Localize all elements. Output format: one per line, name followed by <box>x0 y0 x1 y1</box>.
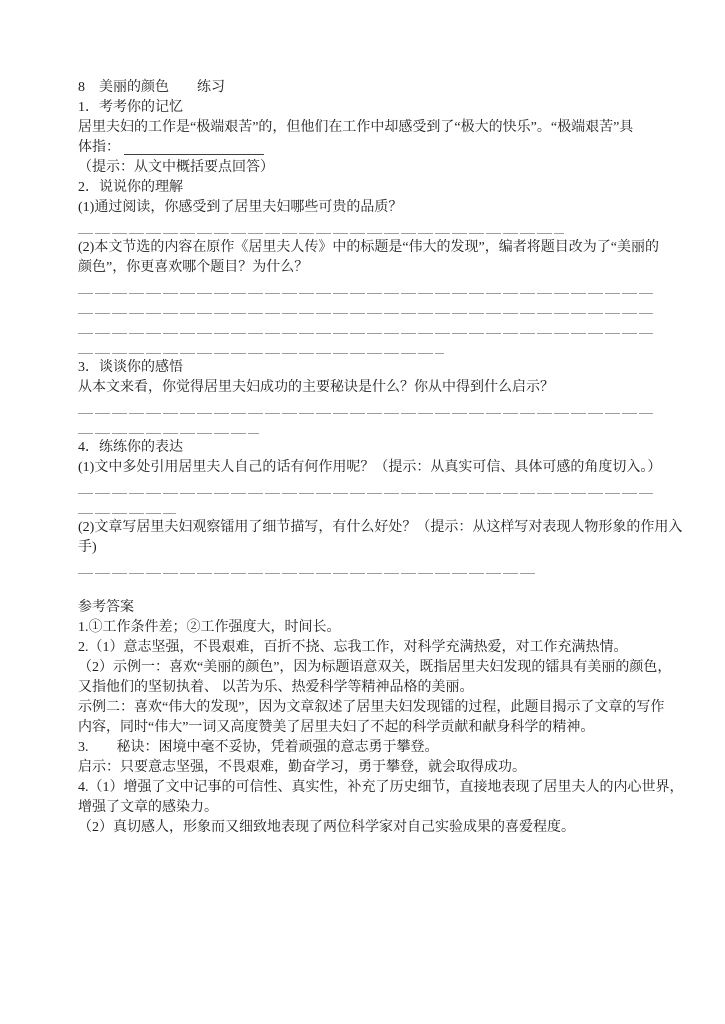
question-4-2-text: (2)文章写居里夫妇观察镭用了细节描写，有什么好处？（提示：从这样写对表现人物形… <box>78 518 653 538</box>
answer-writing-line <box>78 313 653 314</box>
answer-2-2-text-cont: 又指他们的坚韧执着、 以苦为乐、热爱科学等精神品格的美丽。 <box>78 678 653 698</box>
answer-writing-line <box>78 353 444 354</box>
answer-blank-line <box>78 558 653 578</box>
answer-4-2-text: （2）真切感人，形象而又细致地表现了两位科学家对自己实验成果的喜爱程度。 <box>78 818 653 838</box>
question-4-2-text-cont: 手) <box>78 538 653 558</box>
question-3-text: 从本文来看，你觉得居里夫妇成功的主要秘诀是什么？你从中得到什么启示？ <box>78 378 653 398</box>
answer-blank-line <box>78 338 653 358</box>
answer-3-secret-text: 3. 秘诀：困境中毫不妥协，凭着顽强的意志勇于攀登。 <box>78 738 653 758</box>
answer-writing-line <box>78 513 176 514</box>
answer-blank-line <box>78 418 653 438</box>
answer-writing-line <box>78 493 653 494</box>
answer-writing-line <box>78 333 653 334</box>
answer-writing-line <box>78 433 259 434</box>
answer-2-2-example2-text-cont: 内容，同时“伟大”一词又高度赞美了居里夫妇了不起的科学贡献和献身科学的精神。 <box>78 718 653 738</box>
section-4-heading: 4．练练你的表达 <box>78 438 653 458</box>
answer-4-1-text-cont: 增强了文章的感染力。 <box>78 798 653 818</box>
answer-blank-line <box>78 278 653 298</box>
question-2-2-text-cont: 颜色”，你更喜欢哪个题目？为什么？ <box>78 258 653 278</box>
answer-1-text: 1.①工作条件差；②工作强度大，时间长。 <box>78 618 653 638</box>
answer-blank-line <box>78 398 653 418</box>
question-1-fill-blank: 体指： <box>78 138 653 158</box>
fill-blank-line <box>124 154 264 155</box>
section-2-heading: 2．说说你的理解 <box>78 178 653 198</box>
answer-2-1-text: 2.（1）意志坚强，不畏艰难，百折不挠、忘我工作，对科学充满热爱，对工作充满热情… <box>78 638 653 658</box>
answer-blank-line <box>78 478 653 498</box>
answer-blank-line <box>78 318 653 338</box>
answer-writing-line <box>78 293 653 294</box>
answer-blank-line <box>78 298 653 318</box>
question-1-hint: （提示：从文中概括要点回答） <box>78 158 653 178</box>
answer-3-inspiration-text: 启示：只要意志坚强，不畏艰难，勤奋学习，勇于攀登，就会取得成功。 <box>78 758 653 778</box>
answer-4-1-text: 4.（1）增强了文中记事的可信性、真实性，补充了历史细节，直接地表现了居里夫人的… <box>78 778 653 798</box>
document-body: 8 美丽的颜色 练习1．考考你的记忆居里夫妇的工作是“极端艰苦”的，但他们在工作… <box>78 78 653 838</box>
answer-blank-line <box>78 218 653 238</box>
spacer-line <box>78 578 653 598</box>
section-3-heading: 3．谈谈你的感悟 <box>78 358 653 378</box>
question-2-2-text: (2)本文节选的内容在原作《居里夫人传》中的标题是“伟大的发现”，编者将题目改为… <box>78 238 653 258</box>
answer-writing-line <box>78 233 564 234</box>
answer-2-2-example2-text: 示例二：喜欢“伟大的发现”，因为文章叙述了居里夫妇发现镭的过程，此题目揭示了文章… <box>78 698 653 718</box>
question-2-1-text: (1)通过阅读，你感受到了居里夫妇哪些可贵的品质？ <box>78 198 653 218</box>
section-1-heading: 1．考考你的记忆 <box>78 98 653 118</box>
question-1-text: 居里夫妇的工作是“极端艰苦”的，但他们在工作中却感受到了“极大的快乐”。“极端艰… <box>78 118 653 138</box>
answer-key-heading: 参考答案 <box>78 598 653 618</box>
document-title: 8 美丽的颜色 练习 <box>78 78 653 98</box>
question-4-1-text: (1)文中多处引用居里夫人自己的话有何作用呢？（提示：从真实可信、具体可感的角度… <box>78 458 653 478</box>
answer-2-2-text: （2）示例一：喜欢“美丽的颜色”，因为标题语意双关，既指居里夫妇发现的镭具有美丽… <box>78 658 653 678</box>
worksheet-page: 8 美丽的颜色 练习1．考考你的记忆居里夫妇的工作是“极端艰苦”的，但他们在工作… <box>0 0 725 1024</box>
answer-writing-line <box>78 413 653 414</box>
answer-writing-line <box>78 573 535 574</box>
fill-blank-label: 体指： <box>78 140 124 155</box>
answer-blank-line <box>78 498 653 518</box>
